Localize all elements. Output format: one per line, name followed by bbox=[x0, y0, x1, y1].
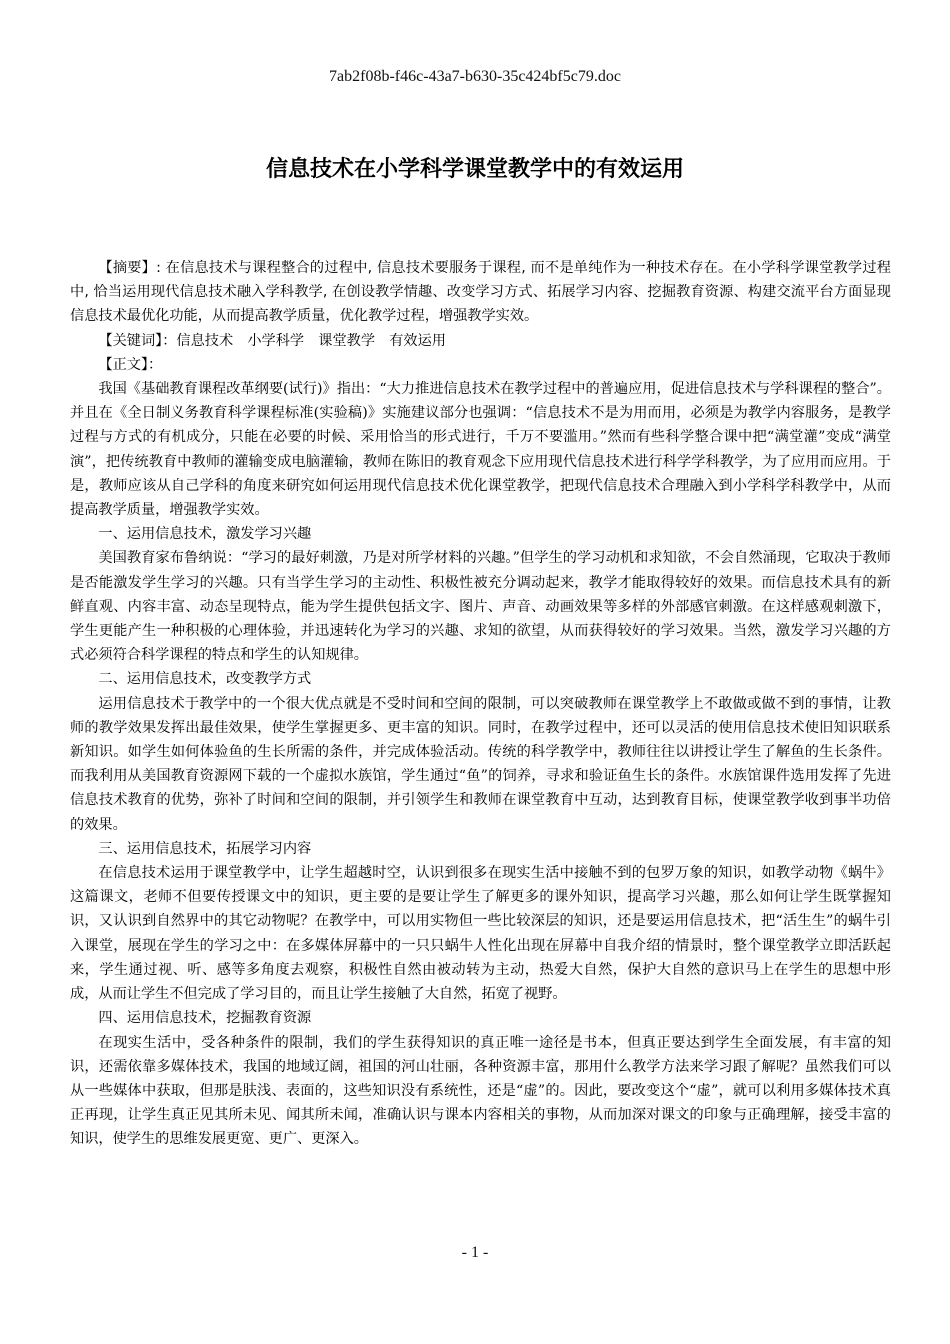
abstract-paragraph: 【摘要】: 在信息技术与课程整合的过程中, 信息技术要服务于课程, 而不是单纯作… bbox=[70, 256, 891, 329]
page-number: - 1 - bbox=[0, 1244, 950, 1262]
body-label-paragraph: 【正文】： bbox=[70, 353, 891, 377]
document-page: 7ab2f08b-f46c-43a7-b630-35c424bf5c79.doc… bbox=[0, 0, 950, 1344]
section-heading-3: 三、运用信息技术，拓展学习内容 bbox=[70, 837, 891, 861]
abstract-text: : 在信息技术与课程整合的过程中, 信息技术要服务于课程, 而不是单纯作为一种技… bbox=[70, 260, 891, 324]
section-heading-2: 二、运用信息技术，改变教学方式 bbox=[70, 667, 891, 691]
body-label-colon: ： bbox=[148, 357, 162, 373]
body-label: 【正文】 bbox=[98, 357, 148, 373]
keywords-text: ：信息技术 小学科学 课堂教学 有效运用 bbox=[162, 333, 446, 349]
section-4-paragraph: 在现实生活中，受各种条件的限制，我们的学生获得知识的真正唯一途径是书本，但真正要… bbox=[70, 1031, 891, 1152]
keywords-label: 【关键词】 bbox=[98, 333, 162, 349]
abstract-label: 【摘要】 bbox=[98, 260, 156, 276]
keywords-paragraph: 【关键词】：信息技术 小学科学 课堂教学 有效运用 bbox=[70, 329, 891, 353]
section-2-paragraph: 运用信息技术于教学中的一个很大优点就是不受时间和空间的限制，可以突破教师在课堂教… bbox=[70, 692, 891, 837]
document-body: 【摘要】: 在信息技术与课程整合的过程中, 信息技术要服务于课程, 而不是单纯作… bbox=[70, 256, 891, 1152]
intro-paragraph: 我国《基础教育课程改革纲要(试行)》指出：“大力推进信息技术在教学过程中的普遍应… bbox=[70, 377, 891, 522]
section-3-paragraph: 在信息技术运用于课堂教学中，让学生超越时空，认识到很多在现实生活中接触不到的包罗… bbox=[70, 861, 891, 1006]
section-1-paragraph: 美国教育家布鲁纳说：“学习的最好刺激，乃是对所学材料的兴趣。”但学生的学习动机和… bbox=[70, 546, 891, 667]
section-heading-1: 一、运用信息技术，激发学习兴趣 bbox=[70, 522, 891, 546]
document-title: 信息技术在小学科学课堂教学中的有效运用 bbox=[0, 152, 950, 183]
section-heading-4: 四、运用信息技术，挖掘教育资源 bbox=[70, 1006, 891, 1030]
header-file-name: 7ab2f08b-f46c-43a7-b630-35c424bf5c79.doc bbox=[0, 68, 950, 86]
